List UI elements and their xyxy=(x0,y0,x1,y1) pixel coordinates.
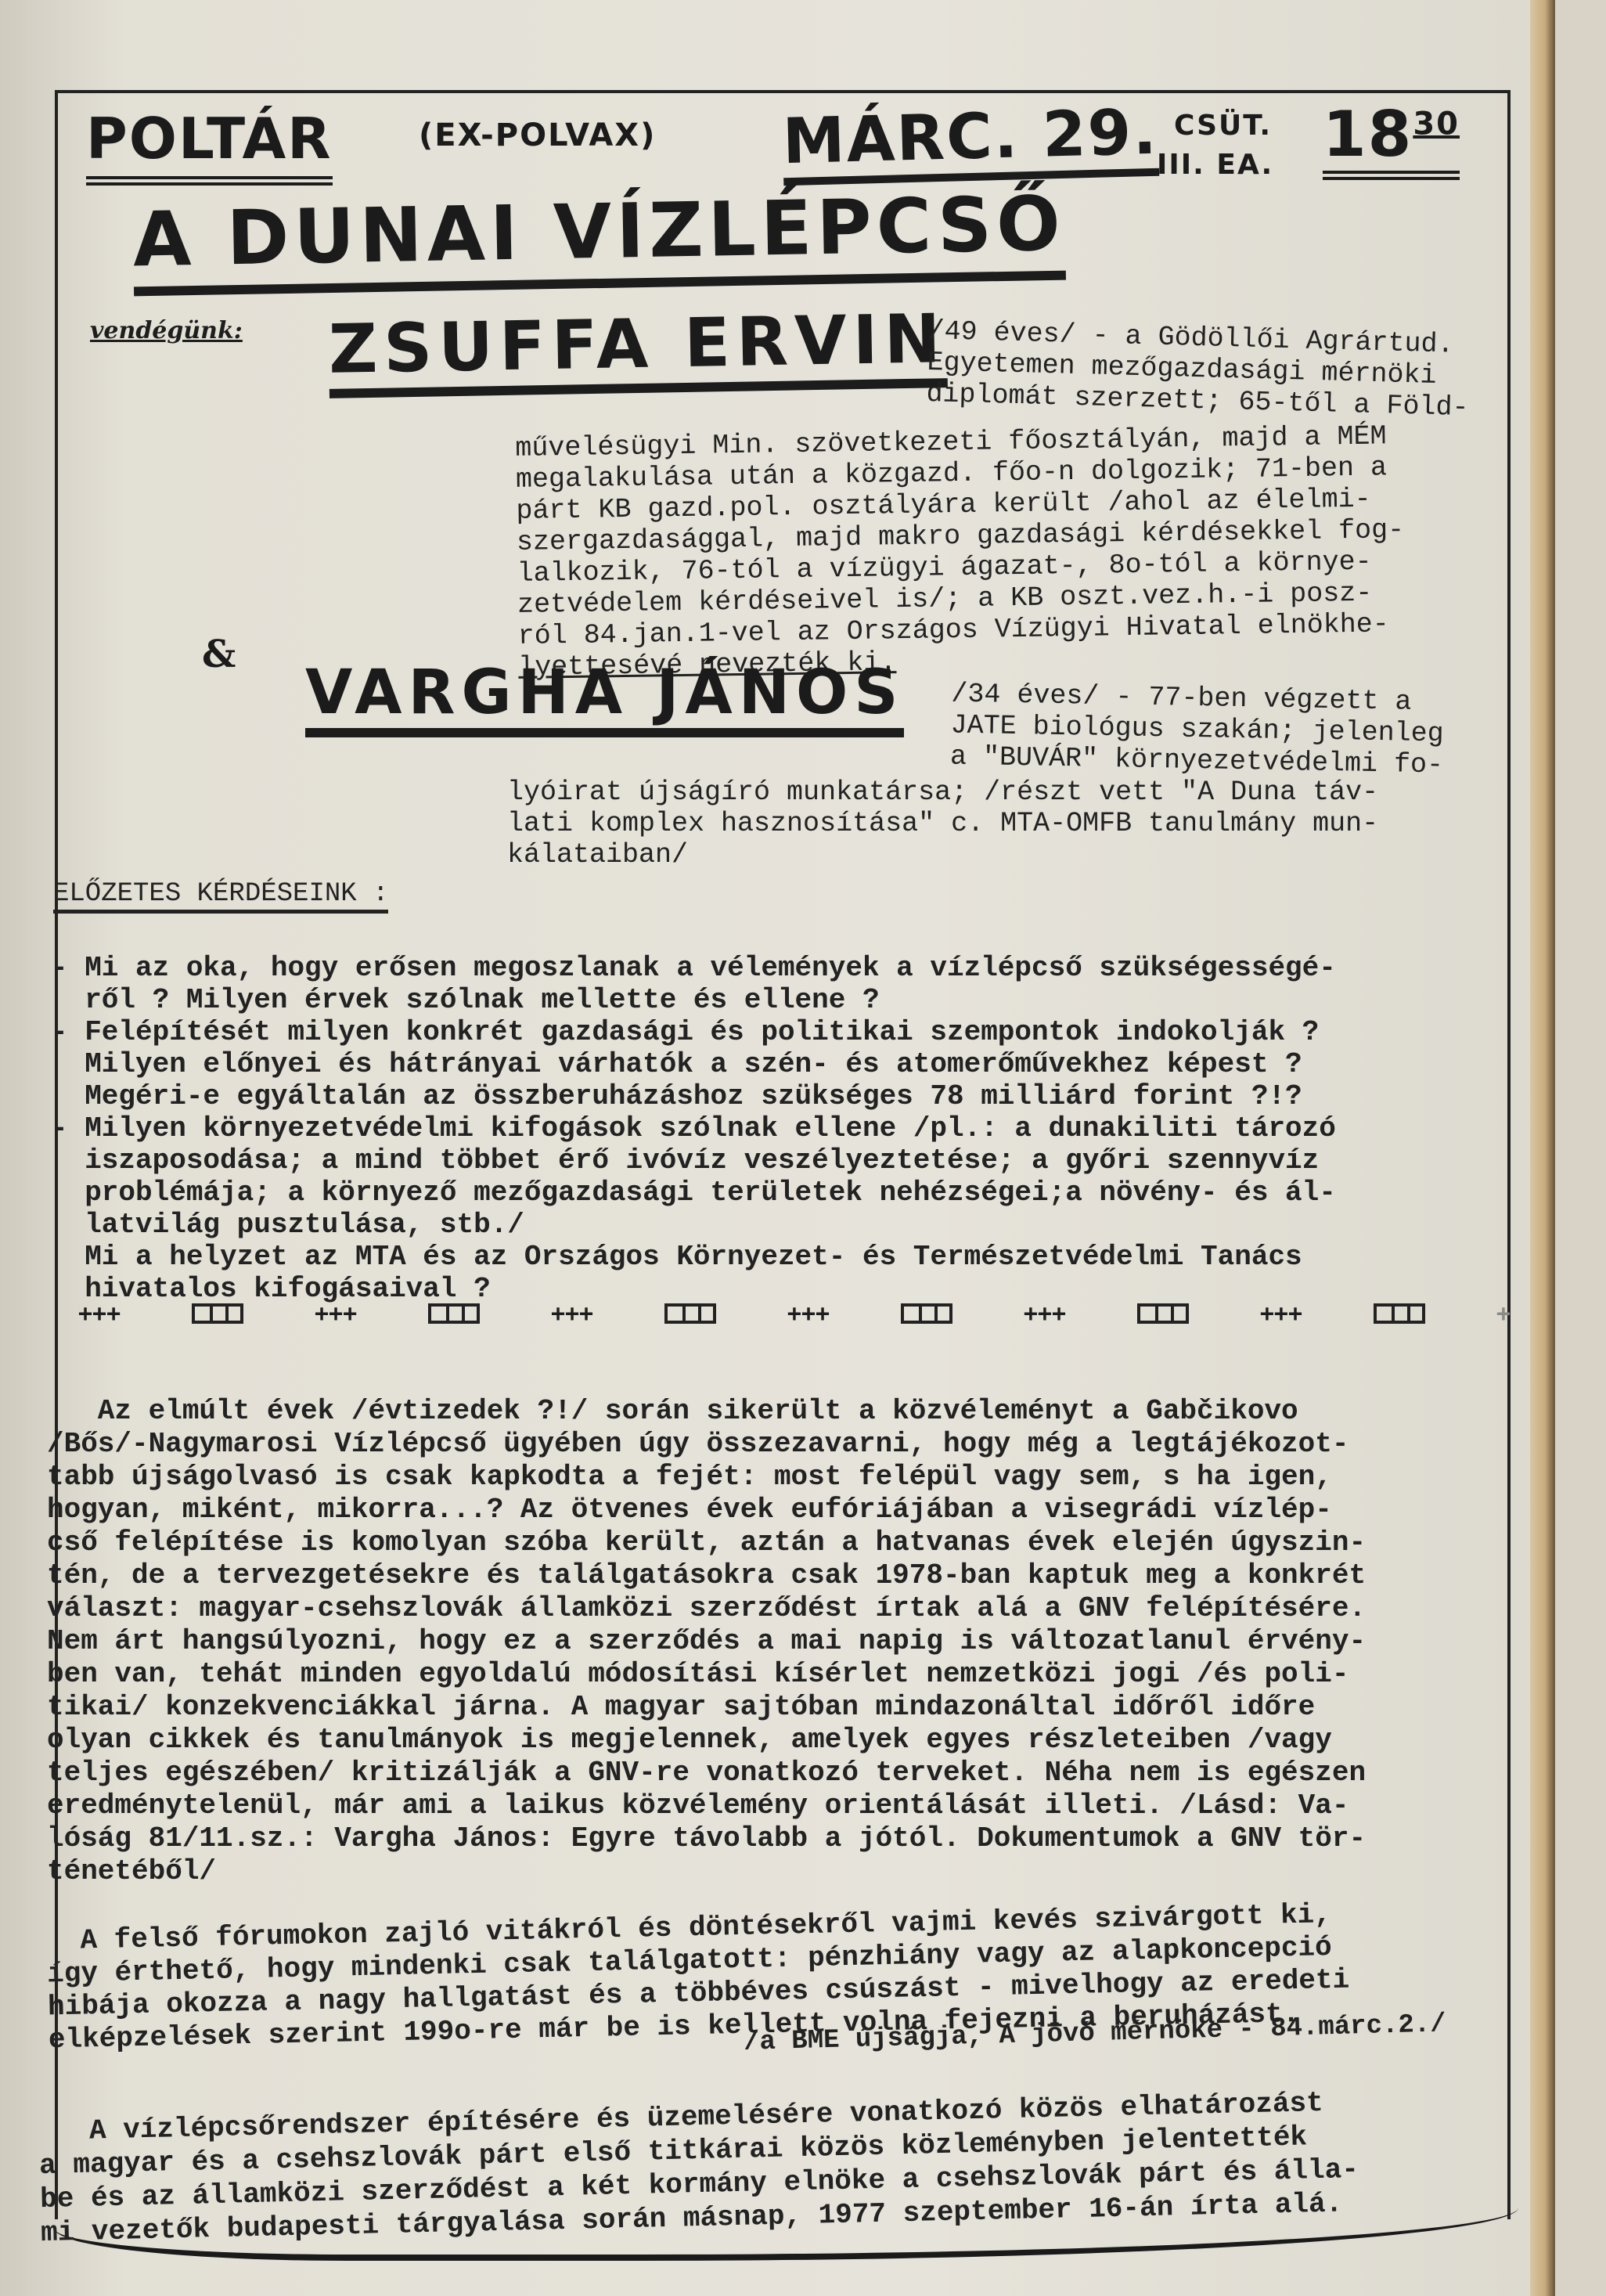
triple-box-icon xyxy=(428,1303,480,1324)
event-time: 1830 xyxy=(1323,98,1460,180)
page-title: A DUNAI VÍZLÉPCSŐ xyxy=(132,180,1066,297)
guest-name-2: VARGHA JÁNOS xyxy=(305,658,904,737)
venue-note: (EX-POLVAX) xyxy=(419,117,656,153)
plus-mark-icon: + xyxy=(1496,1300,1511,1328)
event-date: MÁRC. 29. xyxy=(782,96,1159,186)
bio-line: lyóirat újságíró munkatársa; /részt vett… xyxy=(507,777,1378,808)
bio-line: kálataiban/ xyxy=(507,839,688,870)
body-paragraph-1: Az elmúlt évek /évtizedek ?!/ során sike… xyxy=(47,1362,1366,1888)
triple-box-icon xyxy=(664,1303,716,1324)
guest-bio-2-body: lyóirat újságíró munkatársa; /részt vett… xyxy=(507,745,1378,870)
question-line: problémája; a környező mezőgazdasági ter… xyxy=(51,1177,1336,1209)
question-line: - Milyen környezetvédelmi kifogások szól… xyxy=(51,1112,1336,1144)
event-weekday: CSÜT. xyxy=(1174,110,1272,142)
triple-box-icon xyxy=(1137,1303,1189,1324)
body-line: eredménytelenül, már ami a laikus közvél… xyxy=(47,1790,1349,1822)
event-room: III. EA. xyxy=(1157,149,1273,181)
event-time-minutes: 30 xyxy=(1413,106,1460,142)
body-line: Az elmúlt évek /évtizedek ?!/ során sike… xyxy=(47,1395,1298,1427)
body-line: cső felépítése is komolyan szóba került,… xyxy=(47,1526,1366,1559)
question-line: Mi a helyzet az MTA és az Országos Körny… xyxy=(51,1241,1302,1273)
plus-mark-icon: +++ xyxy=(1260,1300,1302,1328)
question-line: Milyen előnyei és hátrányai várhatók a s… xyxy=(51,1048,1302,1080)
body-line: ben van, tehát minden egyoldalú módosítá… xyxy=(47,1658,1349,1690)
body-line: hogyan, miként, mikorra...? Az ötvenes é… xyxy=(47,1494,1332,1526)
question-line: latvilág pusztulása, stb./ xyxy=(51,1209,524,1241)
guest-bio-1-body: művelésügyi Min. szövetkezeti főosztályá… xyxy=(515,389,1406,683)
plus-mark-icon: +++ xyxy=(1024,1300,1066,1328)
body-line: lóság 81/11.sz.: Vargha János: Egyre táv… xyxy=(47,1822,1366,1854)
body-line: /Bős/-Nagymarosi Vízlépcső ügyében úgy ö… xyxy=(47,1428,1349,1460)
body-line: ténetéből/ xyxy=(47,1855,216,1887)
plus-mark-icon: +++ xyxy=(78,1300,121,1328)
body-line: teljes egészében/ kritizálják a GNV-re v… xyxy=(47,1757,1366,1789)
guest-name-1: ZSUFFA ERVIN xyxy=(328,300,948,398)
binding-spine xyxy=(1530,0,1555,2296)
question-line: iszaposodása; a mind többet érő ivóvíz v… xyxy=(51,1144,1319,1177)
decorative-separator: +++ +++ +++ +++ +++ +++ + xyxy=(78,1298,1511,1329)
body-line: Nem árt hangsúlyozni, hogy ez a szerződé… xyxy=(47,1625,1366,1657)
question-line: ről ? Milyen érvek szólnak mellette és e… xyxy=(51,984,880,1016)
guests-label: vendégünk: xyxy=(90,317,243,344)
question-line: - Felépítését milyen konkrét gazdasági é… xyxy=(51,1016,1319,1048)
event-time-hour: 18 xyxy=(1323,98,1413,171)
bio-line: lati komplex hasznosítása" c. MTA-OMFB t… xyxy=(507,808,1378,839)
questions-heading: ELŐZETES KÉRDÉSEINK : xyxy=(53,878,388,914)
plus-mark-icon: +++ xyxy=(315,1300,357,1328)
body-line: választ: magyar-csehszlovák államközi sz… xyxy=(47,1592,1366,1624)
plus-mark-icon: +++ xyxy=(787,1300,830,1328)
body-line: tabb újságolvasó is csak kapkodta a fejé… xyxy=(47,1461,1332,1493)
plus-mark-icon: +++ xyxy=(551,1300,593,1328)
venue-name: POLTÁR xyxy=(86,106,333,186)
triple-box-icon xyxy=(1374,1303,1425,1324)
body-line: tikai/ konzekvenciákkal járna. A magyar … xyxy=(47,1691,1315,1723)
adjacent-page-edge xyxy=(1555,0,1606,2296)
question-line: - Mi az oka, hogy erősen megoszlanak a v… xyxy=(51,952,1336,984)
triple-box-icon xyxy=(901,1303,952,1324)
body-line: olyan cikkek és tanulmányok is megjelenn… xyxy=(47,1724,1332,1756)
triple-box-icon xyxy=(192,1303,243,1324)
questions-list: - Mi az oka, hogy erősen megoszlanak a v… xyxy=(51,920,1336,1305)
body-paragraph-3: A vízlépcsőrendszer építésére és üzemelé… xyxy=(38,2052,1360,2250)
body-line: tén, de a tervezgetésekre és találgatáso… xyxy=(47,1559,1366,1591)
question-line: Megéri-e egyáltalán az összberuházáshoz … xyxy=(51,1080,1302,1112)
guest-connector: & xyxy=(202,633,237,676)
